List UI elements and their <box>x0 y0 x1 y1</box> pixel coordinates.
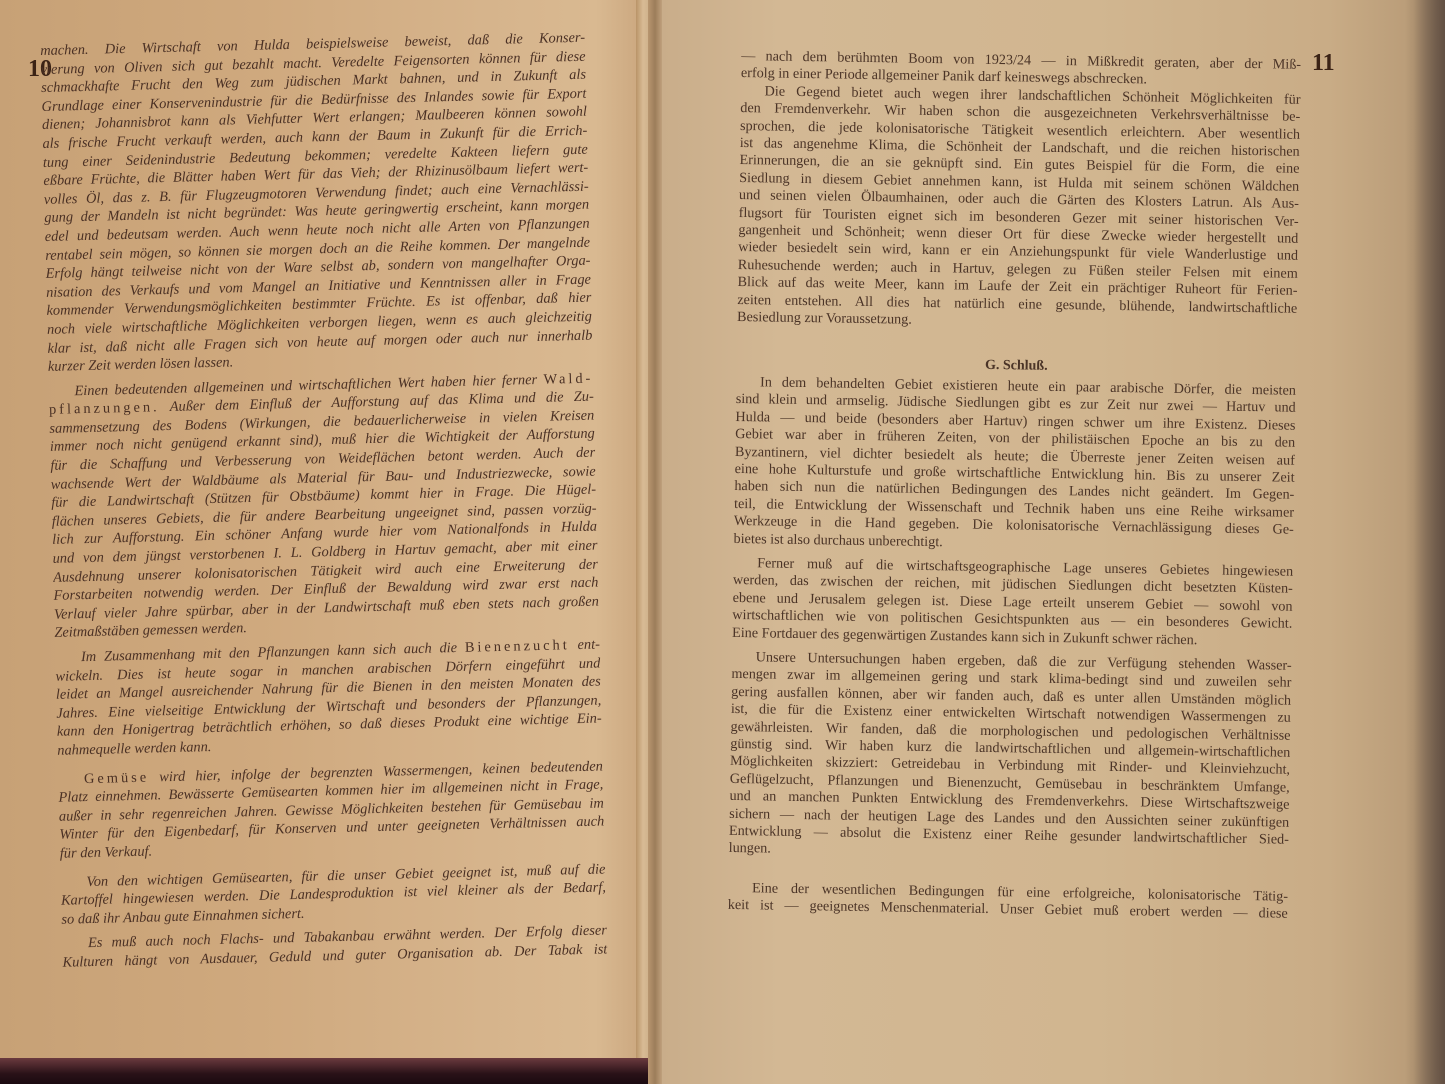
paragraph-schluss: In dem behandelten Gebiet existieren heu… <box>733 374 1296 557</box>
paragraph-untersuchungen: Unsere Untersuchungen haben ergeben, daß… <box>729 649 1292 867</box>
book-spine-gutter <box>648 0 662 1084</box>
paragraph-menschenmaterial: Eine der wesentlichen Bedingungen für ei… <box>728 880 1288 924</box>
paragraph-gemuese: Gemüse wird hier, infolge der begrenzten… <box>58 757 605 863</box>
book-cover-edge <box>0 1058 648 1084</box>
left-page-text: machen. Die Wirtschaft von Hulda beispie… <box>40 29 608 973</box>
right-page: 11 — nach dem berühmten Boom von 1923/24… <box>662 0 1445 1084</box>
paragraph-lage: Ferner muß auf die wirtschaftsgeographis… <box>732 555 1293 651</box>
paragraph-bienenzucht: Im Zusammenhang mit den Pflanzungen kann… <box>55 636 603 761</box>
page-number-right: 11 <box>1312 50 1335 77</box>
paragraph-flachs-tabak: Es muß auch noch Flachs- und Tabakanbau … <box>62 922 608 972</box>
paragraph-fruechte: machen. Die Wirtschaft von Hulda beispie… <box>40 29 593 377</box>
paragraph-kartoffel: Von den wichtigen Gemüsearten, für die u… <box>60 860 606 929</box>
right-page-text: — nach dem berühmten Boom von 1923/24 — … <box>728 2 1302 923</box>
open-book: 10 machen. Die Wirtschaft von Hulda beis… <box>0 0 1445 1084</box>
left-page: 10 machen. Die Wirtschaft von Hulda beis… <box>0 0 648 1062</box>
paragraph-waldpflanzungen: Einen bedeutenden allgemeinen und wirtsc… <box>48 369 599 643</box>
paragraph-fremdenverkehr: Die Gegend bietet auch wegen ihrer lands… <box>737 83 1301 335</box>
page-shadow <box>1405 0 1445 1084</box>
